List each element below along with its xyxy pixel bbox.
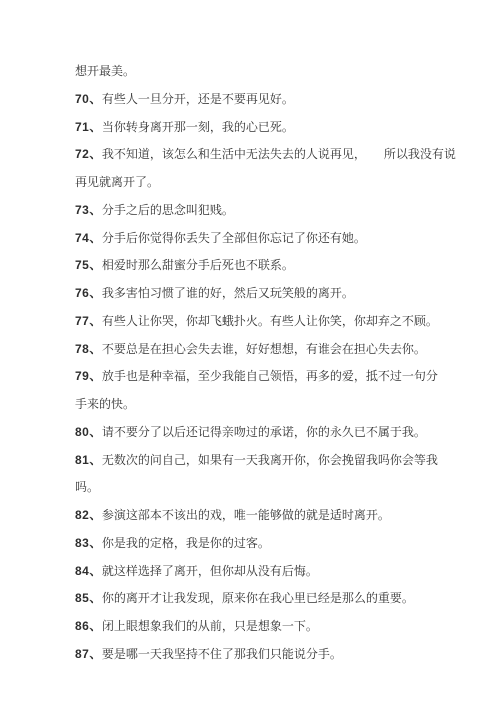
- quote-item: 79、放手也是种幸福，至少我能自己领悟，再多的爱，抵不过一句分 手来的快。: [75, 363, 477, 419]
- quote-text: 请不要分了以后还记得亲吻过的承诺，你的永久已不属于我。: [102, 425, 426, 439]
- quote-number: 70、: [75, 92, 102, 106]
- quote-item: 75、相爱时那么甜蜜分手后死也不联系。: [75, 252, 477, 280]
- quote-item: 73、分手之后的思念叫犯贱。: [75, 197, 477, 225]
- quote-number: 80、: [75, 425, 102, 439]
- quote-number: 81、: [75, 453, 102, 467]
- quote-item: 70、有些人一旦分开，还是不要再见好。: [75, 86, 477, 114]
- document-page: 想开最美。 70、有些人一旦分开，还是不要再见好。 71、当你转身离开那一刻，我…: [0, 0, 500, 708]
- quote-item: 81、无数次的问自己，如果有一天我离开你，你会挽留我吗你会等我 吗。: [75, 447, 477, 503]
- quote-number: 71、: [75, 120, 102, 134]
- quote-number: 86、: [75, 619, 102, 633]
- quote-text: 分手后你觉得你丢失了全部但你忘记了你还有她。: [102, 231, 366, 245]
- quote-item: 77、有些人让你哭，你却飞蛾扑火。有些人让你笑，你却弃之不顾。: [75, 308, 477, 336]
- quote-number: 77、: [75, 314, 102, 328]
- quote-text: 我多害怕习惯了谁的好，然后又玩笑般的离开。: [102, 286, 354, 300]
- quote-item: 78、不要总是在担心会失去谁，好好想想，有谁会在担心失去你。: [75, 336, 477, 364]
- quote-text: 你的离开才让我发现，原来你在我心里已经是那么的重要。: [102, 591, 414, 605]
- quote-number: 79、: [75, 369, 102, 383]
- quote-number: 87、: [75, 647, 102, 661]
- quote-number: 76、: [75, 286, 102, 300]
- quote-text: 无数次的问自己，如果有一天我离开你，你会挽留我吗你会等我 吗。: [75, 453, 438, 495]
- quote-number: 73、: [75, 203, 102, 217]
- quote-item: 87、要是哪一天我坚持不住了那我们只能说分手。: [75, 641, 477, 669]
- quote-text: 放手也是种幸福，至少我能自己领悟，再多的爱，抵不过一句分 手来的快。: [75, 369, 438, 411]
- quote-number: 72、: [75, 147, 102, 161]
- quote-list: 想开最美。 70、有些人一旦分开，还是不要再见好。 71、当你转身离开那一刻，我…: [75, 58, 477, 669]
- quote-text: 当你转身离开那一刻，我的心已死。: [102, 120, 294, 134]
- quote-number: 75、: [75, 258, 102, 272]
- quote-text: 有些人一旦分开，还是不要再见好。: [102, 92, 294, 106]
- quote-text: 要是哪一天我坚持不住了那我们只能说分手。: [102, 647, 342, 661]
- quote-number: 85、: [75, 591, 102, 605]
- quote-item: 72、我不知道，该怎么和生活中无法失去的人说再见， 所以我没有说 再见就离开了。: [75, 141, 477, 197]
- quote-item: 71、当你转身离开那一刻，我的心已死。: [75, 114, 477, 142]
- quote-number: 84、: [75, 564, 102, 578]
- quote-item: 76、我多害怕习惯了谁的好，然后又玩笑般的离开。: [75, 280, 477, 308]
- quote-text: 你是我的定格，我是你的过客。: [102, 536, 270, 550]
- quote-item: 85、你的离开才让我发现，原来你在我心里已经是那么的重要。: [75, 585, 477, 613]
- quote-number: 78、: [75, 342, 102, 356]
- quote-number: 82、: [75, 508, 102, 522]
- quote-text: 不要总是在担心会失去谁，好好想想，有谁会在担心失去你。: [102, 342, 426, 356]
- quote-number: 83、: [75, 536, 102, 550]
- quote-text: 分手之后的思念叫犯贱。: [102, 203, 234, 217]
- quote-text: 闭上眼想象我们的从前，只是想象一下。: [102, 619, 318, 633]
- quote-number: 74、: [75, 231, 102, 245]
- quote-text: 参演这部本不该出的戏，唯一能够做的就是适时离开。: [102, 508, 390, 522]
- quote-item: 86、闭上眼想象我们的从前，只是想象一下。: [75, 613, 477, 641]
- quote-text: 相爱时那么甜蜜分手后死也不联系。: [102, 258, 294, 272]
- quote-item: 82、参演这部本不该出的戏，唯一能够做的就是适时离开。: [75, 502, 477, 530]
- quote-item: 80、请不要分了以后还记得亲吻过的承诺，你的永久已不属于我。: [75, 419, 477, 447]
- quote-text: 我不知道，该怎么和生活中无法失去的人说再见， 所以我没有说 再见就离开了。: [75, 147, 456, 189]
- quote-item: 84、就这样选择了离开，但你却从没有后悔。: [75, 558, 477, 586]
- quote-text: 就这样选择了离开，但你却从没有后悔。: [102, 564, 318, 578]
- quote-text: 想开最美。: [75, 64, 135, 78]
- quote-item: 74、分手后你觉得你丢失了全部但你忘记了你还有她。: [75, 225, 477, 253]
- quote-text: 有些人让你哭，你却飞蛾扑火。有些人让你笑，你却弃之不顾。: [102, 314, 438, 328]
- quote-item: 想开最美。: [75, 58, 477, 86]
- quote-item: 83、你是我的定格，我是你的过客。: [75, 530, 477, 558]
